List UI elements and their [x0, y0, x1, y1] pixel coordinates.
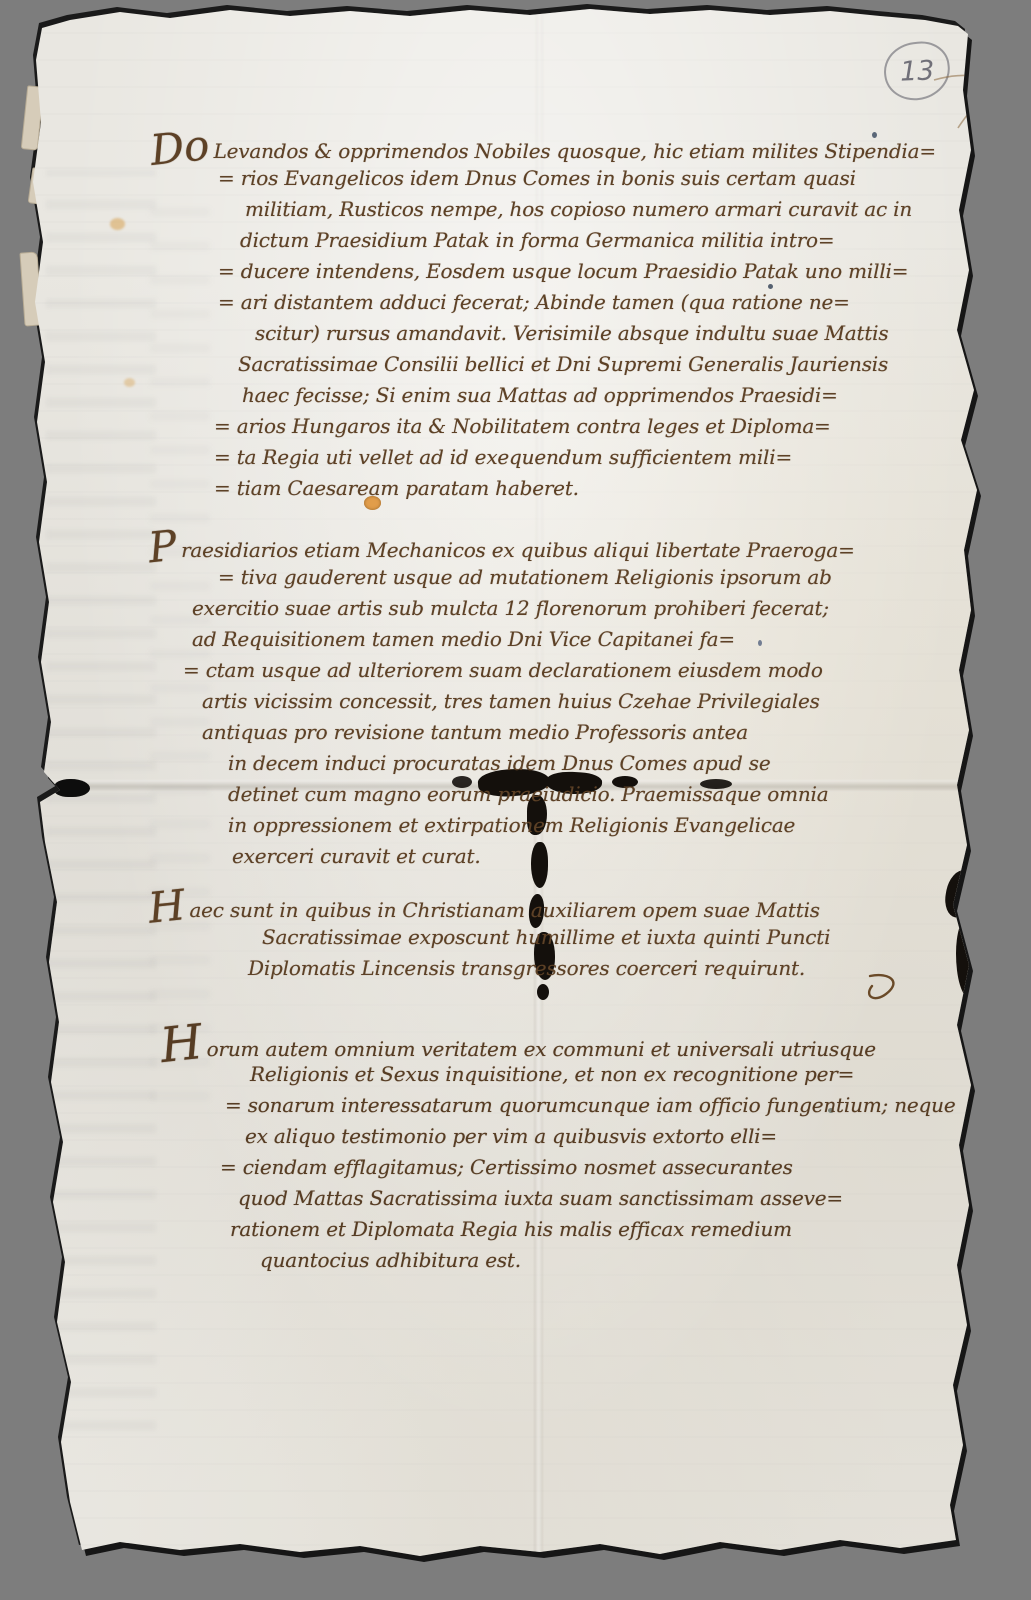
manuscript-line: ex aliquo testimonio per vim a quibusvis… [245, 1123, 777, 1149]
paragraph-end-flourish [862, 972, 908, 1008]
manuscript-line-text: raesidiarios etiam Mechanicos ex quibus … [181, 538, 855, 562]
manuscript-line: = ctam usque ad ulteriorem suam declarat… [183, 657, 823, 683]
manuscript-line: scitur) rursus amandavit. Verisimile abs… [255, 320, 888, 346]
paragraph-initial: Do [150, 135, 210, 161]
manuscript-line: = rios Evangelicos idem Dnus Comes in bo… [218, 165, 856, 191]
manuscript-line: exerceri curavit et curat. [232, 843, 481, 869]
manuscript-line: dictum Praesidium Patak in forma Germani… [240, 227, 834, 253]
manuscript-line: Sacratissimae exposcunt humillime et iux… [262, 924, 830, 950]
ink-speck [758, 640, 762, 646]
manuscript-line-text: orum autem omnium veritatem ex communi e… [207, 1037, 876, 1061]
manuscript-line: artis vicissim concessit, tres tamen hui… [202, 688, 820, 714]
manuscript-line-text: aec sunt in quibus in Christianam auxili… [189, 898, 819, 922]
manuscript-line: quod Mattas Sacratissima iuxta suam sanc… [238, 1185, 843, 1211]
manuscript-page: 13 DoLevandos & opprimendos Nobiles quos… [0, 0, 1031, 1600]
edge-tear-hole [54, 779, 90, 797]
manuscript-line: = ciendam efflagitamus; Certissimo nosme… [220, 1154, 793, 1180]
manuscript-line: quantocius adhibitura est. [260, 1247, 521, 1273]
manuscript-line: Praesidiarios etiam Mechanicos ex quibus… [148, 533, 855, 563]
manuscript-line: = tiam Caesaream paratam haberet. [214, 475, 579, 501]
verso-ink-showthrough [46, 170, 156, 1430]
manuscript-line: DoLevandos & opprimendos Nobiles quosque… [150, 134, 936, 164]
manuscript-line: = ta Regia uti vellet ad id exequendum s… [214, 444, 792, 470]
manuscript-line: Diplomatis Lincensis transgressores coer… [248, 955, 805, 981]
manuscript-line: detinet cum magno eorum praeiudicio. Pra… [228, 781, 828, 807]
manuscript-line: = tiva gauderent usque ad mutationem Rel… [218, 564, 832, 590]
paragraph-initial: P [147, 536, 177, 559]
manuscript-line: Haec sunt in quibus in Christianam auxil… [148, 893, 820, 923]
paragraph-initial: H [159, 1032, 203, 1056]
manuscript-line: exercitio suae artis sub mulcta 12 flore… [192, 595, 829, 621]
manuscript-line: Sacratissimae Consilii bellici et Dni Su… [238, 351, 888, 377]
ink-drip [531, 842, 548, 888]
manuscript-line: = ari distantem adduci fecerat; Abinde t… [218, 289, 850, 315]
manuscript-line: = ducere intendens, Eosdem usque locum P… [218, 258, 908, 284]
manuscript-line: = sonarum interessatarum quorumcunque ia… [225, 1092, 955, 1118]
manuscript-line-text: Levandos & opprimendos Nobiles quosque, … [214, 139, 936, 163]
manuscript-line: militiam, Rusticos nempe, hos copioso nu… [245, 196, 912, 222]
manuscript-line: antiquas pro revisione tantum medio Prof… [202, 719, 748, 745]
foxing-stain [124, 378, 135, 387]
manuscript-line: Religionis et Sexus inquisitione, et non… [250, 1061, 854, 1087]
foxing-stain [110, 218, 125, 230]
manuscript-line: = arios Hungaros ita & Nobilitatem contr… [214, 413, 831, 439]
manuscript-line: Horum autem omnium veritatem ex communi … [160, 1030, 876, 1062]
ink-drip [537, 984, 549, 1000]
photograph-background: 13 DoLevandos & opprimendos Nobiles quos… [0, 0, 1031, 1600]
pencil-tail-stroke [928, 62, 1018, 142]
manuscript-line: haec fecisse; Si enim sua Mattas ad oppr… [242, 382, 838, 408]
manuscript-line: in oppressionem et extirpationem Religio… [228, 812, 795, 838]
manuscript-line: in decem induci procuratas idem Dnus Com… [228, 750, 771, 776]
manuscript-line: rationem et Diplomata Regia his malis ef… [230, 1216, 792, 1242]
paragraph-initial: H [147, 895, 185, 919]
manuscript-line: ad Requisitionem tamen medio Dni Vice Ca… [192, 626, 735, 652]
